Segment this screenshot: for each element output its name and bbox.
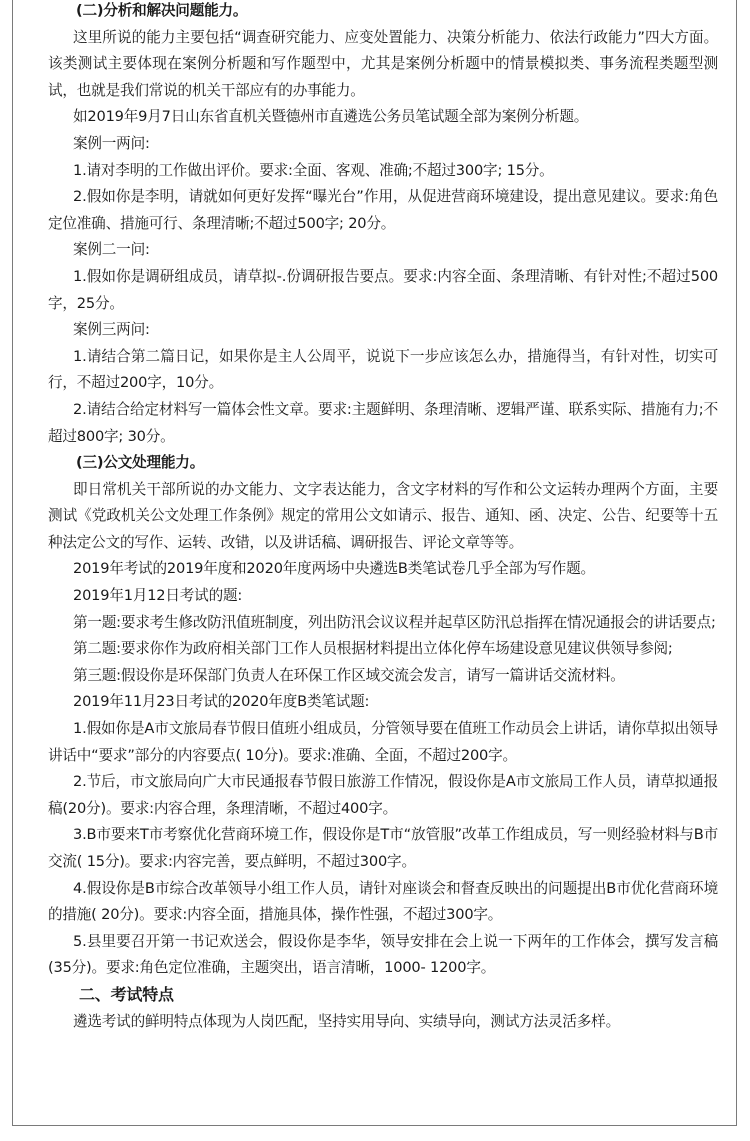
paragraph: 这里所说的能力主要包括“调查研究能力、应变处置能力、决策分析能力、依法行政能力”… <box>48 25 718 105</box>
document-page: (二)分析和解决问题能力。 这里所说的能力主要包括“调查研究能力、应变处置能力、… <box>12 0 737 1126</box>
case-title: 案例一两问: <box>48 131 718 158</box>
question-item: 1.假如你是调研组成员，请草拟-.份调研报告要点。要求:内容全面、条理清晰、有针… <box>48 264 718 317</box>
section-heading: (三)公文处理能力。 <box>48 450 718 477</box>
case-title: 案例三两问: <box>48 317 718 344</box>
section-heading: (二)分析和解决问题能力。 <box>48 0 718 25</box>
paragraph: 遴选考试的鲜明特点体现为人岗匹配，坚持实用导向、实绩导向，测试方法灵活多样。 <box>48 1009 718 1036</box>
exam-title: 2019年1月12日考试的题: <box>48 583 718 610</box>
question-item: 1.请结合第二篇日记，如果你是主人公周平，说说下一步应该怎么办，措施得当，有针对… <box>48 344 718 397</box>
document-content: (二)分析和解决问题能力。 这里所说的能力主要包括“调查研究能力、应变处置能力、… <box>48 0 718 1035</box>
question-item: 第三题:假设你是环保部门负责人在环保工作区域交流会发言，请写一篇讲话交流材料。 <box>48 663 718 690</box>
question-item: 1.请对李明的工作做出评价。要求:全面、客观、准确;不超过300字; 15分。 <box>48 158 718 185</box>
question-item: 第二题:要求你作为政府相关部门工作人员根据材料提出立体化停车场建设意见建议供领导… <box>48 636 718 663</box>
question-item: 5.县里要召开第一书记欢送会，假设你是李华，领导安排在会上说一下两年的工作体会，… <box>48 929 718 982</box>
paragraph: 2019年考试的2019年度和2020年度两场中央遴选B类笔试卷几乎全部为写作题… <box>48 556 718 583</box>
question-item: 2.节后，市文旅局向广大市民通报春节假日旅游工作情况，假设你是A市文旅局工作人员… <box>48 769 718 822</box>
paragraph: 即日常机关干部所说的办文能力、文字表达能力，含文字材料的写作和公文运转办理两个方… <box>48 477 718 557</box>
question-item: 第一题:要求考生修改防汛值班制度，列出防汛会议议程并起草区防汛总指挥在情况通报会… <box>48 610 718 637</box>
exam-title: 2019年11月23日考试的2020年度B类笔试题: <box>48 689 718 716</box>
question-item: 2.假如你是李明，请就如何更好发挥“曝光台”作用，从促进营商环境建设，提出意见建… <box>48 184 718 237</box>
question-item: 3.B市要来T市考察优化营商环境工作，假设你是T市“放管服”改革工作组成员，写一… <box>48 822 718 875</box>
paragraph: 如2019年9月7日山东省直机关暨德州市直遴选公务员笔试题全部为案例分析题。 <box>48 104 718 131</box>
question-item: 1.假如你是A市文旅局春节假日值班小组成员，分管领导要在值班工作动员会上讲话，请… <box>48 716 718 769</box>
question-item: 2.请结合给定材料写一篇体会性文章。要求:主题鲜明、条理清晰、逻辑严谨、联系实际… <box>48 397 718 450</box>
question-item: 4.假设你是B市综合改革领导小组工作人员，请针对座谈会和督查反映出的问题提出B市… <box>48 876 718 929</box>
case-title: 案例二一问: <box>48 237 718 264</box>
part-heading: 二、考试特点 <box>48 982 718 1009</box>
